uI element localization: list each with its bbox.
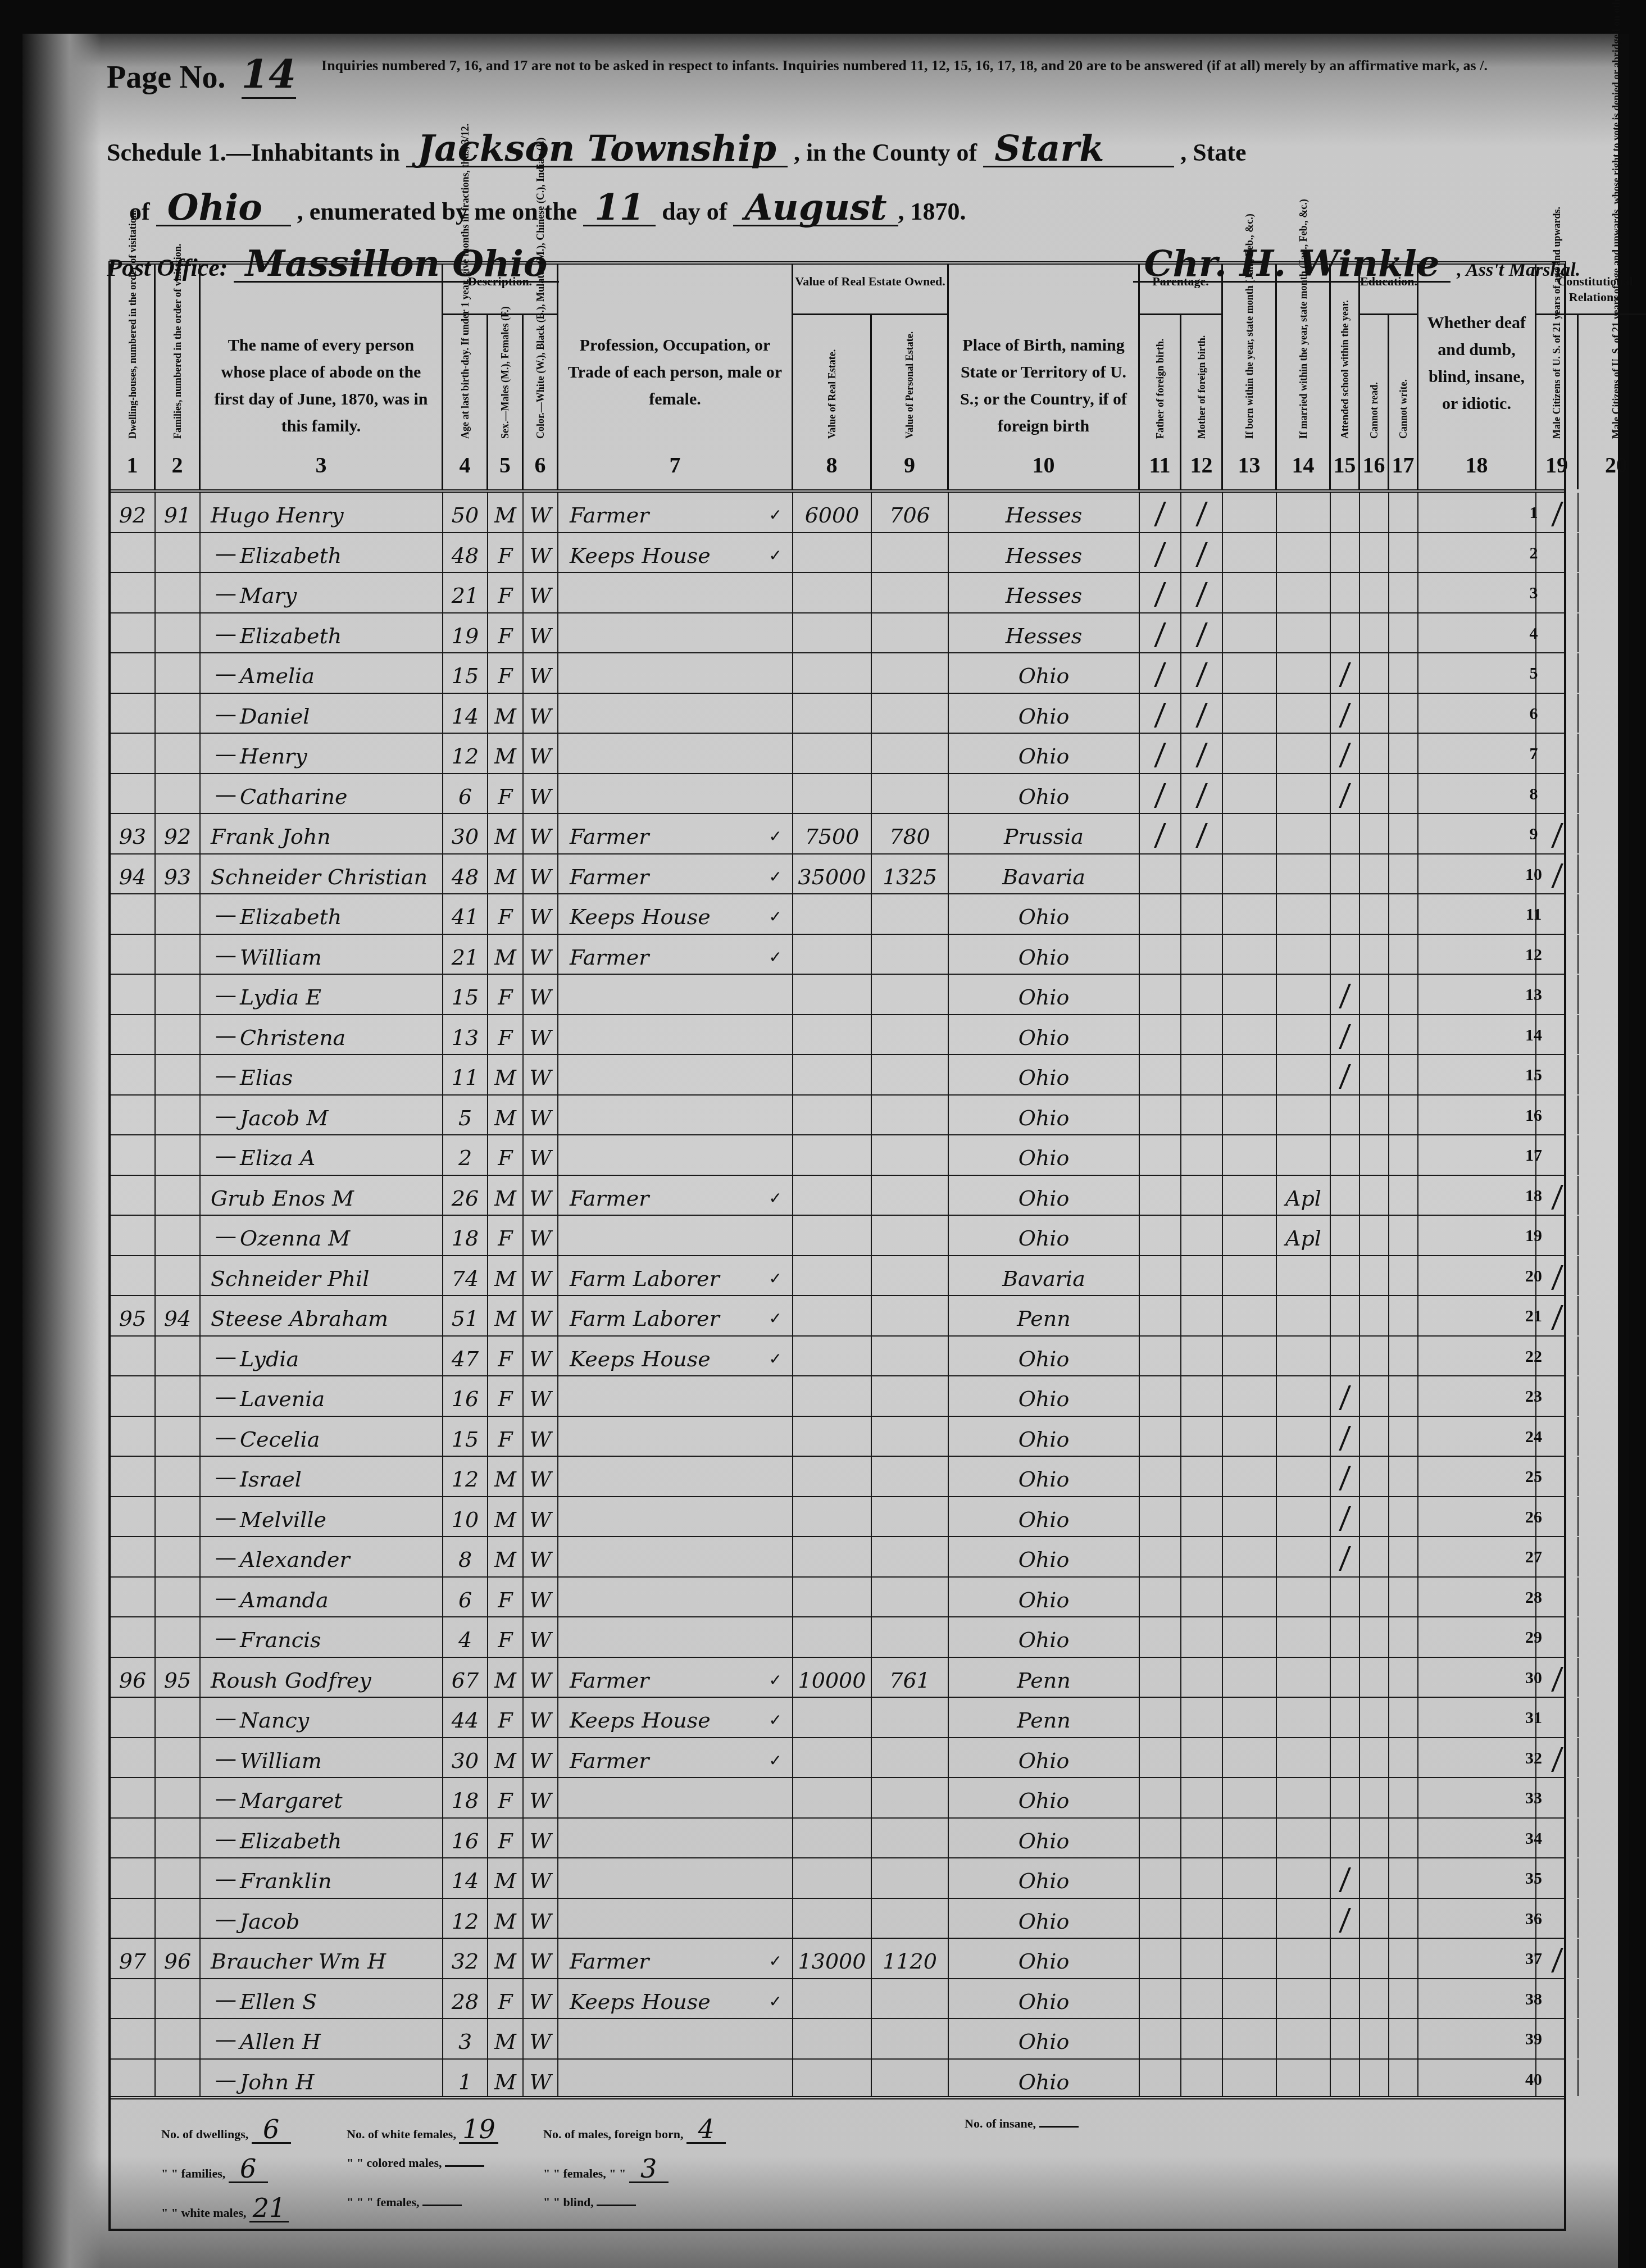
cell-school [1331, 1819, 1360, 1858]
cell-month-born [1223, 1537, 1277, 1576]
check-mark-icon [1339, 1506, 1351, 1531]
cell-occupation: Farmer✓ [558, 1939, 793, 1978]
table-row: Amelia15FWOhio [111, 653, 1564, 694]
cell-dwelling [111, 1015, 156, 1055]
cell-cannot-write [1389, 653, 1418, 693]
cell-name: William [201, 935, 443, 974]
cell-denied [1579, 1055, 1646, 1094]
cell-age: 11 [443, 1055, 488, 1094]
table-row: Catharine6FWOhio [111, 774, 1564, 815]
cell-color: W [524, 1658, 558, 1697]
cell-sex: M [488, 734, 524, 773]
column-label: If born within the year, state month (Ja… [1243, 213, 1255, 439]
column-number: 18 [1418, 452, 1535, 478]
cell-name: Franklin [201, 1858, 443, 1898]
cell-birthplace: Ohio [949, 1979, 1140, 2019]
cell-cannot-write [1389, 1578, 1418, 1617]
cell-occupation [558, 1899, 793, 1938]
occupation-check-icon: ✓ [769, 855, 782, 899]
summary-label: No. of insane, [965, 2116, 1036, 2130]
month-field: August [733, 191, 898, 226]
cell-month-born [1223, 613, 1277, 653]
cell-real-estate [793, 975, 872, 1014]
cell-dwelling [111, 975, 156, 1014]
column-number: 3 [201, 452, 442, 478]
cell-personal-estate [872, 2060, 949, 2097]
cell-month-born [1223, 935, 1277, 974]
cell-father-foreign [1140, 1698, 1181, 1737]
cell-occupation: Farmer✓ [558, 855, 793, 894]
line-number: 17 [1517, 1135, 1550, 1176]
summary-label: " " females, " " [543, 2166, 626, 2180]
column-label: Families, numbered in the order of visit… [171, 244, 183, 439]
cell-father-foreign [1140, 653, 1181, 693]
cell-family [156, 1457, 201, 1496]
table-row: John H1MWOhio [111, 2060, 1564, 2100]
table-row: Jacob M5MWOhio [111, 1096, 1564, 1136]
cell-occupation [558, 573, 793, 612]
cell-personal-estate [872, 1858, 949, 1898]
cell-month-married [1277, 855, 1331, 894]
cell-month-married: Apl [1277, 1176, 1331, 1215]
cell-school [1331, 1979, 1360, 2019]
cell-cannot-read [1360, 814, 1389, 853]
cell-cannot-write [1389, 894, 1418, 934]
cell-sex: F [488, 1778, 524, 1817]
cell-school [1331, 1899, 1360, 1938]
cell-month-married [1277, 573, 1331, 612]
cell-denied [1579, 1858, 1646, 1898]
cell-birthplace: Ohio [949, 1096, 1140, 1135]
cell-family [156, 894, 201, 934]
cell-real-estate [793, 1216, 872, 1255]
cell-family: 92 [156, 814, 201, 853]
cell-personal-estate [872, 1417, 949, 1456]
line-number: 23 [1517, 1376, 1550, 1417]
cell-cannot-write [1389, 1376, 1418, 1416]
cell-month-born [1223, 1376, 1277, 1416]
cell-age: 5 [443, 1096, 488, 1135]
cell-dwelling [111, 1055, 156, 1094]
column-header-15: Attended school within the year.15 [1331, 265, 1360, 489]
column-label: Attended school within the year. [1339, 300, 1351, 439]
cell-color: W [524, 613, 558, 653]
cell-personal-estate [872, 1698, 949, 1737]
column-header-10: Place of Birth, naming State or Territor… [949, 265, 1140, 489]
cell-cannot-write [1389, 1617, 1418, 1657]
cell-mother-foreign [1181, 1899, 1223, 1938]
cell-cannot-write [1389, 1497, 1418, 1537]
cell-real-estate [793, 1537, 872, 1576]
cell-occupation [558, 1497, 793, 1537]
column-number: 20 [1579, 452, 1646, 478]
cell-month-married [1277, 935, 1331, 974]
cell-month-married [1277, 1819, 1331, 1858]
cell-cannot-write [1389, 2060, 1418, 2097]
cell-denied [1579, 1698, 1646, 1737]
cell-father-foreign [1140, 894, 1181, 934]
cell-dwelling: 97 [111, 1939, 156, 1978]
cell-age: 12 [443, 1899, 488, 1938]
cell-birthplace: Penn [949, 1296, 1140, 1335]
cell-name: Alexander [201, 1537, 443, 1576]
cell-school [1331, 1698, 1360, 1737]
cell-dwelling [111, 1778, 156, 1817]
cell-family [156, 1096, 201, 1135]
cell-cannot-read [1360, 694, 1389, 733]
cell-mother-foreign [1181, 1858, 1223, 1898]
cell-sex: F [488, 774, 524, 813]
check-mark-icon [1195, 582, 1208, 607]
cell-real-estate [793, 1578, 872, 1617]
column-group-education: Education. [1360, 265, 1418, 315]
table-row: Grub Enos M26MWFarmer✓OhioApl [111, 1176, 1564, 1216]
column-label: Father of foreign birth. [1154, 339, 1166, 439]
line-number: 1 [1517, 493, 1550, 533]
check-mark-icon [1551, 1305, 1563, 1330]
cell-school [1331, 1778, 1360, 1817]
cell-denied [1579, 1537, 1646, 1576]
cell-month-married [1277, 814, 1331, 853]
check-mark-icon [1339, 743, 1351, 767]
cell-month-born [1223, 533, 1277, 572]
cell-personal-estate [872, 1457, 949, 1496]
cell-real-estate [793, 1055, 872, 1094]
cell-real-estate [793, 1738, 872, 1778]
cell-cannot-write [1389, 1296, 1418, 1335]
cell-occupation: Keeps House✓ [558, 1337, 793, 1376]
cell-month-born [1223, 1738, 1277, 1778]
table-row: Eliza A2FWOhio [111, 1135, 1564, 1176]
cell-school [1331, 814, 1360, 853]
cell-birthplace: Ohio [949, 1939, 1140, 1978]
check-mark-icon [1551, 502, 1563, 526]
check-mark-icon [1551, 863, 1563, 888]
check-mark-icon [1154, 703, 1166, 728]
check-mark-icon [1339, 662, 1351, 687]
table-row: Lydia E15FWOhio [111, 975, 1564, 1015]
cell-school [1331, 1337, 1360, 1376]
cell-cannot-read [1360, 1296, 1389, 1335]
summary-label: " " white males, [161, 2206, 247, 2220]
column-number: 5 [488, 452, 522, 478]
cell-month-born [1223, 2060, 1277, 2097]
cell-dwelling [111, 1738, 156, 1778]
cell-school [1331, 533, 1360, 572]
cell-sex: F [488, 573, 524, 612]
occupation-check-icon: ✓ [769, 533, 782, 578]
cell-month-born [1223, 2019, 1277, 2058]
cell-family [156, 1578, 201, 1617]
cell-mother-foreign [1181, 613, 1223, 653]
cell-school [1331, 1617, 1360, 1657]
cell-occupation: Keeps House✓ [558, 533, 793, 572]
cell-dwelling [111, 1457, 156, 1496]
cell-color: W [524, 1738, 558, 1778]
summary-label: " " families, [161, 2166, 225, 2180]
cell-name: Jacob [201, 1899, 443, 1938]
check-mark-icon [1339, 1466, 1351, 1490]
cell-school [1331, 694, 1360, 733]
line-number: 19 [1517, 1216, 1550, 1256]
cell-month-born [1223, 694, 1277, 733]
cell-personal-estate [872, 894, 949, 934]
cell-mother-foreign [1181, 1738, 1223, 1778]
cell-cannot-read [1360, 1778, 1389, 1817]
line-number: 27 [1517, 1537, 1550, 1578]
cell-month-married [1277, 1578, 1331, 1617]
cell-personal-estate: 1325 [872, 855, 949, 894]
cell-school [1331, 2060, 1360, 2097]
line-number: 24 [1517, 1417, 1550, 1457]
cell-month-married [1277, 1015, 1331, 1055]
census-sheet: Page No. 14 Inquiries numbered 7, 16, an… [22, 34, 1629, 2268]
cell-real-estate [793, 2060, 872, 2097]
occupation-check-icon: ✓ [769, 1296, 782, 1341]
cell-month-married [1277, 1376, 1331, 1416]
cell-birthplace: Ohio [949, 1738, 1140, 1778]
table-row: William21MWFarmer✓Ohio [111, 935, 1564, 975]
table-row: Franklin14MWOhio [111, 1858, 1564, 1899]
table-row: Lydia47FWKeeps House✓Ohio [111, 1337, 1564, 1377]
cell-personal-estate [872, 975, 949, 1014]
cell-sex: F [488, 1578, 524, 1617]
cell-age: 15 [443, 1417, 488, 1456]
day-field: 11 [583, 191, 656, 226]
column-number: 12 [1181, 452, 1221, 478]
occupation-check-icon: ✓ [769, 1979, 782, 2024]
cell-family [156, 533, 201, 572]
summary-label: " " " females, [347, 2195, 420, 2209]
cell-dwelling [111, 1979, 156, 2019]
cell-occupation: Farm Laborer✓ [558, 1296, 793, 1335]
cell-birthplace: Ohio [949, 1055, 1140, 1094]
cell-birthplace: Ohio [949, 894, 1140, 934]
cell-cannot-write [1389, 1858, 1418, 1898]
cell-cannot-read [1360, 894, 1389, 934]
table-row: Mary21FWHesses [111, 573, 1564, 613]
cell-mother-foreign [1181, 814, 1223, 853]
cell-birthplace: Ohio [949, 1537, 1140, 1576]
cell-school [1331, 613, 1360, 653]
table-row: Schneider Phil74MWFarm Laborer✓Bavaria [111, 1256, 1564, 1297]
cell-father-foreign [1140, 1296, 1181, 1335]
cell-father-foreign [1140, 2060, 1181, 2097]
cell-month-born [1223, 1337, 1277, 1376]
cell-month-married [1277, 1457, 1331, 1496]
table-row: 9291Hugo Henry50MWFarmer✓6000706Hesses [111, 493, 1564, 533]
cell-color: W [524, 1497, 558, 1537]
cell-dwelling [111, 1899, 156, 1938]
cell-denied [1579, 1176, 1646, 1215]
table-row: Elizabeth19FWHesses [111, 613, 1564, 654]
summary-dwellings: No. of dwellings, 6 [161, 2116, 291, 2144]
column-group-description: Description. [443, 265, 558, 315]
table-row: Elizabeth16FWOhio [111, 1819, 1564, 1859]
cell-personal-estate: 706 [872, 493, 949, 532]
cell-occupation [558, 1096, 793, 1135]
cell-personal-estate [872, 1537, 949, 1576]
check-mark-icon [1154, 783, 1166, 808]
cell-month-married [1277, 774, 1331, 813]
cell-sex: F [488, 1135, 524, 1175]
line-number: 8 [1517, 774, 1550, 815]
cell-occupation [558, 613, 793, 653]
cell-month-married [1277, 1296, 1331, 1335]
cell-month-married [1277, 1337, 1331, 1376]
cell-cannot-read [1360, 1537, 1389, 1576]
cell-school [1331, 1296, 1360, 1335]
cell-cannot-read [1360, 1819, 1389, 1858]
cell-name: Daniel [201, 694, 443, 733]
cell-family [156, 1698, 201, 1737]
cell-mother-foreign [1181, 855, 1223, 894]
cell-mother-foreign [1181, 1296, 1223, 1335]
check-mark-icon [1339, 1024, 1351, 1049]
cell-family [156, 694, 201, 733]
column-label: Value of Personal Estate. [904, 331, 916, 439]
cell-age: 30 [443, 1738, 488, 1778]
cell-school [1331, 1658, 1360, 1697]
cell-personal-estate [872, 1578, 949, 1617]
column-header-17: Cannot write.17 [1389, 315, 1418, 489]
cell-month-born [1223, 1296, 1277, 1335]
cell-real-estate [793, 1337, 872, 1376]
line-number: 9 [1517, 814, 1550, 855]
cell-denied [1579, 1216, 1646, 1255]
cell-dwelling [111, 1497, 156, 1537]
cell-age: 74 [443, 1256, 488, 1296]
summary-value: 4 [686, 2116, 726, 2144]
table-row: 9796Braucher Wm H32MWFarmer✓130001120Ohi… [111, 1939, 1564, 1979]
cell-cannot-write [1389, 2019, 1418, 2058]
cell-school [1331, 573, 1360, 612]
cell-dwelling [111, 533, 156, 572]
cell-dwelling: 92 [111, 493, 156, 532]
cell-month-married [1277, 2019, 1331, 2058]
cell-birthplace: Ohio [949, 975, 1140, 1014]
check-mark-icon [1154, 662, 1166, 687]
cell-school [1331, 1135, 1360, 1175]
cell-cannot-read [1360, 1055, 1389, 1094]
cell-denied [1579, 734, 1646, 773]
check-mark-icon [1551, 1948, 1563, 1972]
cell-sex: M [488, 1497, 524, 1537]
cell-color: W [524, 1698, 558, 1737]
cell-birthplace: Ohio [949, 1617, 1140, 1657]
cell-real-estate [793, 1296, 872, 1335]
cell-cannot-write [1389, 1457, 1418, 1496]
cell-denied [1579, 774, 1646, 813]
cell-cannot-read [1360, 935, 1389, 974]
cell-month-married [1277, 613, 1331, 653]
cell-color: W [524, 1015, 558, 1055]
cell-color: W [524, 734, 558, 773]
line-number: 30 [1517, 1658, 1550, 1698]
table-row: Francis4FWOhio [111, 1617, 1564, 1658]
cell-name: Frank John [201, 814, 443, 853]
column-number: 11 [1140, 452, 1180, 478]
cell-occupation: Farmer✓ [558, 493, 793, 532]
cell-sex: F [488, 1698, 524, 1737]
summary-value [422, 2205, 462, 2206]
cell-month-married [1277, 1858, 1331, 1898]
cell-sex: M [488, 1899, 524, 1938]
cell-denied [1579, 573, 1646, 612]
summary-label: " " blind, [543, 2195, 594, 2209]
cell-cannot-read [1360, 1738, 1389, 1778]
cell-father-foreign [1140, 573, 1181, 612]
cell-month-born [1223, 1135, 1277, 1175]
cell-color: W [524, 1578, 558, 1617]
cell-father-foreign [1140, 1658, 1181, 1697]
table-row: Elizabeth41FWKeeps House✓Ohio [111, 894, 1564, 935]
cell-name: Braucher Wm H [201, 1939, 443, 1978]
cell-family [156, 1778, 201, 1817]
table-row: Christena13FWOhio [111, 1015, 1564, 1056]
line-number: 32 [1517, 1738, 1550, 1779]
summary-blind: " " blind, [543, 2195, 636, 2210]
cell-month-married [1277, 1979, 1331, 2019]
cell-sex: M [488, 1096, 524, 1135]
column-number: 2 [156, 452, 199, 478]
cell-dwelling: 95 [111, 1296, 156, 1335]
line-number: 35 [1517, 1858, 1550, 1899]
cell-denied [1579, 1578, 1646, 1617]
cell-sex: M [488, 1537, 524, 1576]
cell-age: 21 [443, 573, 488, 612]
cell-color: W [524, 1778, 558, 1817]
cell-mother-foreign [1181, 1015, 1223, 1055]
cell-mother-foreign [1181, 1979, 1223, 2019]
cell-month-born [1223, 814, 1277, 853]
cell-cannot-write [1389, 975, 1418, 1014]
cell-month-born [1223, 1819, 1277, 1858]
summary-families: " " families, 6 [161, 2156, 268, 2183]
check-mark-icon [1195, 622, 1208, 647]
cell-denied [1579, 894, 1646, 934]
cell-sex: M [488, 1296, 524, 1335]
cell-cannot-read [1360, 1858, 1389, 1898]
cell-occupation [558, 653, 793, 693]
cell-real-estate [793, 1858, 872, 1898]
cell-occupation: Farmer✓ [558, 1658, 793, 1697]
cell-family [156, 1055, 201, 1094]
column-number: 17 [1389, 452, 1417, 478]
cell-cannot-read [1360, 1497, 1389, 1537]
line-number: 38 [1517, 1979, 1550, 2020]
cell-month-born [1223, 1698, 1277, 1737]
cell-age: 41 [443, 894, 488, 934]
cell-occupation: Farm Laborer✓ [558, 1256, 793, 1296]
column-label: Profession, Occupation, or Trade of each… [563, 332, 787, 413]
cell-age: 16 [443, 1376, 488, 1416]
line-number: 5 [1517, 653, 1550, 694]
cell-family [156, 935, 201, 974]
cell-personal-estate [872, 1055, 949, 1094]
cell-month-married [1277, 1055, 1331, 1094]
cell-mother-foreign [1181, 1337, 1223, 1376]
check-mark-icon [1339, 1908, 1351, 1933]
cell-color: W [524, 1939, 558, 1978]
cell-age: 26 [443, 1176, 488, 1215]
cell-sex: M [488, 493, 524, 532]
cell-family [156, 653, 201, 693]
cell-cannot-write [1389, 1015, 1418, 1055]
check-mark-icon [1339, 783, 1351, 808]
cell-personal-estate [872, 653, 949, 693]
cell-color: W [524, 1337, 558, 1376]
